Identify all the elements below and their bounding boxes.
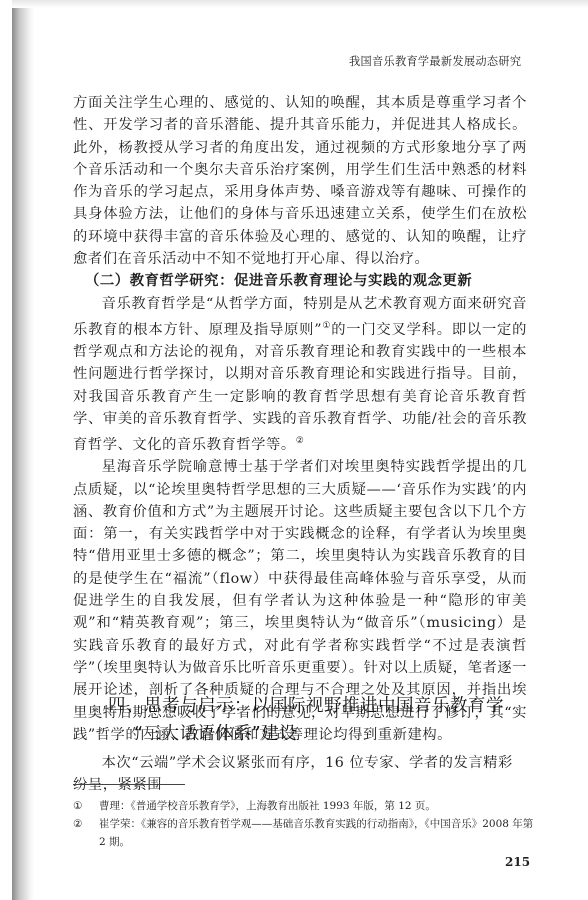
page-binding-shadow [12,0,34,900]
page-number: 215 [505,855,530,869]
footnote-text: 曹理：《普通学校音乐教育学》，上海教育出版社 1993 年版，第 12 页。 [99,797,436,815]
scan-margin [0,0,12,900]
paragraph-music-education-philosophy: 音乐教育哲学是“从哲学方面，特别是从艺术教育观方面来研究音乐教育的根本方针、原理… [73,293,527,457]
subheading-education-philosophy: （二）教育哲学研究：促进音乐教育理论与实践的观念更新 [73,270,527,292]
running-header: 我国音乐教育学最新发展动态研究 [349,53,521,69]
page-top-shade [12,0,588,8]
footnote-mark: ① [73,797,99,815]
section-heading-line-2: “三大话语体系”建设 [108,720,508,748]
footnote-1: ① 曹理：《普通学校音乐教育学》，上海教育出版社 1993 年版，第 12 页。 [73,797,543,815]
footnote-mark: ② [73,815,99,851]
section-heading-line-1: 四、思考与启示：以国际视野推进中国音乐教育学 [108,692,508,720]
section-heading-four: 四、思考与启示：以国际视野推进中国音乐教育学 “三大话语体系”建设 [108,692,508,748]
paragraph-continued: 方面关注学生心理的、感觉的、认知的唤醒，其本质是尊重学习者个性、开发学习者的音乐… [73,92,527,270]
footnote-ref-1: ① [322,321,331,331]
footnotes: ① 曹理：《普通学校音乐教育学》，上海教育出版社 1993 年版，第 12 页。… [73,797,543,851]
footnote-2: ② 崔学荣：《兼容的音乐教育哲学观——基础音乐教育实践的行动指南》，《中国音乐》… [73,815,543,851]
footnote-text: 崔学荣：《兼容的音乐教育哲学观——基础音乐教育实践的行动指南》，《中国音乐》20… [99,815,543,851]
footnote-ref-2: ② [296,436,305,446]
paragraph-text: 的一门交叉学科。即以一定的哲学观点和方法论的视角，对音乐教育理论和教育实践中的一… [73,322,527,453]
paragraph-conference-summary: 本次“云端”学术会议紧张而有序，16 位专家、学者的发言精彩纷呈，紧紧围 [73,752,527,796]
footnote-divider [73,784,185,785]
body-text: 方面关注学生心理的、感觉的、认知的唤醒，其本质是尊重学习者个性、开发学习者的音乐… [73,92,527,746]
